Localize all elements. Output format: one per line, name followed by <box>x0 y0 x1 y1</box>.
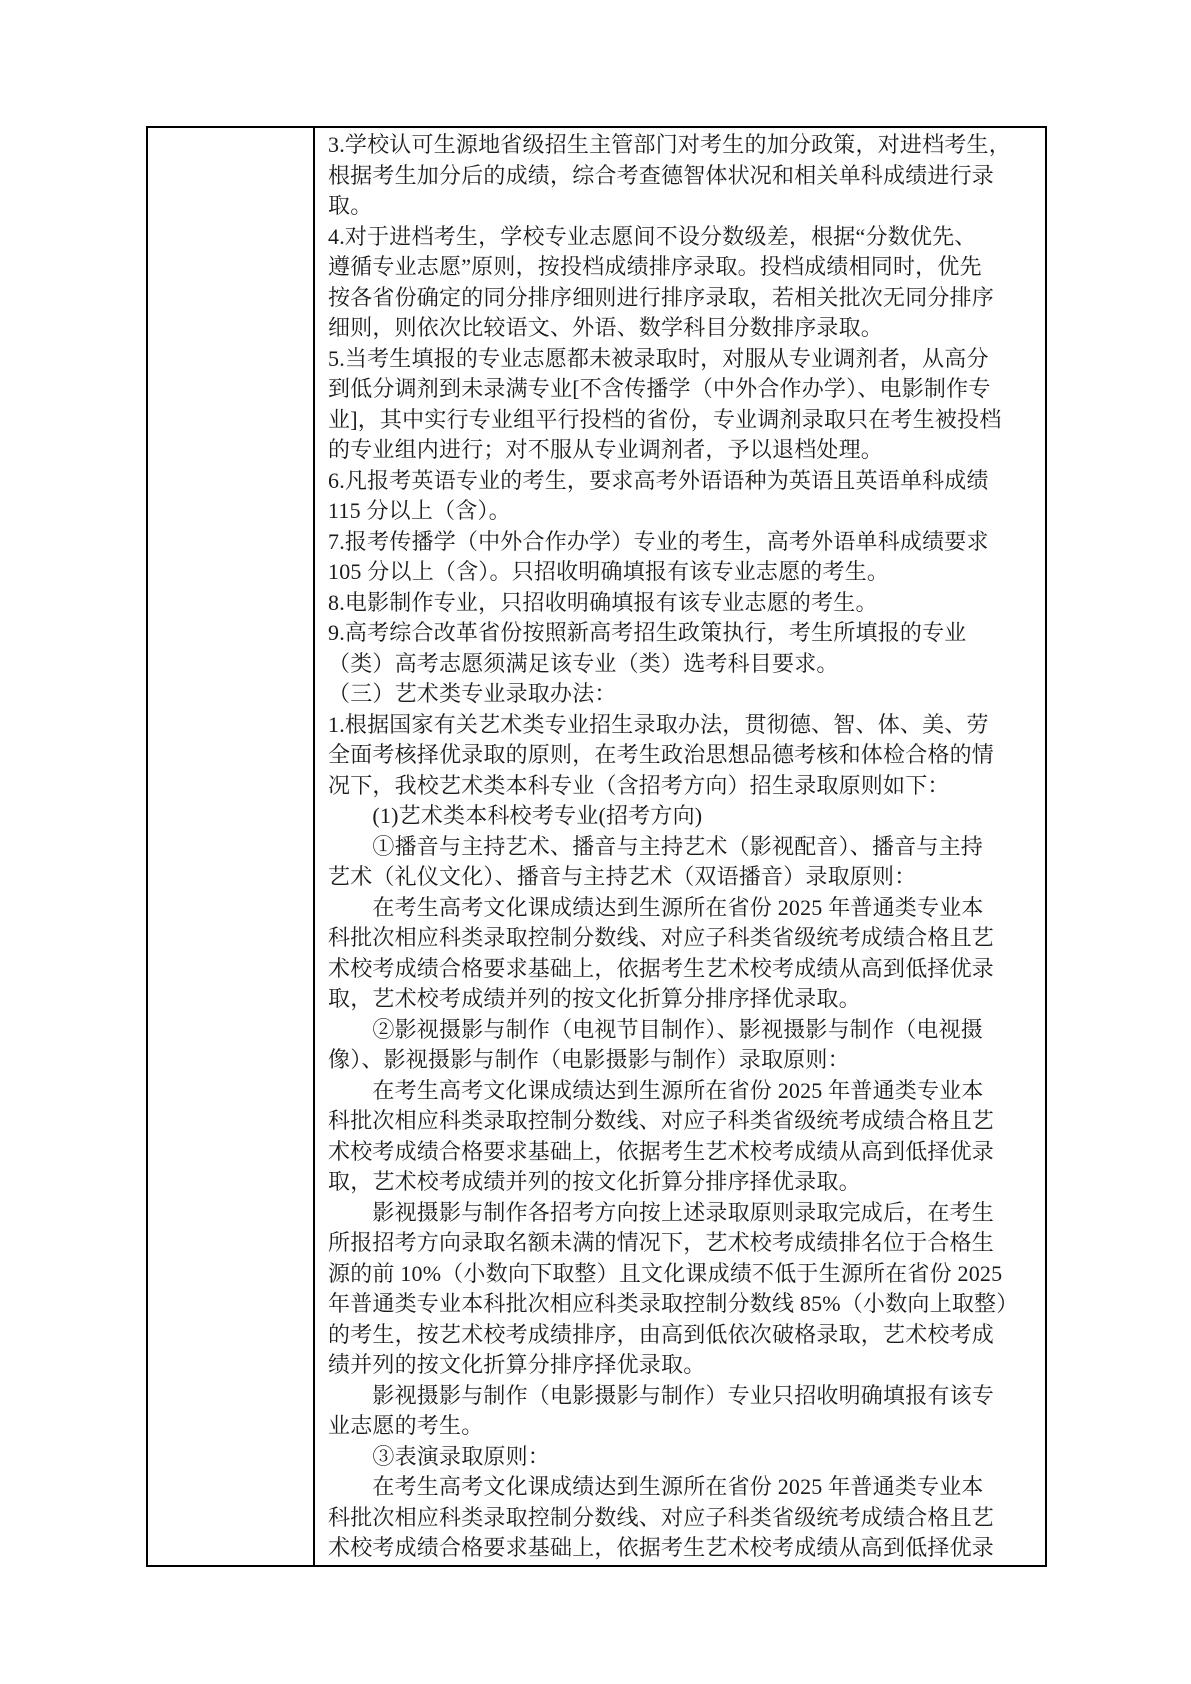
text-line: 在考生高考文化课成绩达到生源所在省份 2025 年普通类专业本 <box>328 893 1039 924</box>
text-line: 1.根据国家有关艺术类专业招生录取办法，贯彻德、智、体、美、劳 <box>328 710 1039 741</box>
text-line: 年普通类专业本科批次相应科类录取控制分数线 85%（小数向上取整） <box>328 1289 1039 1320</box>
text-line: （类）高考志愿须满足该专业（类）选考科目要求。 <box>328 649 1039 680</box>
text-line: 遵循专业志愿”原则，按投档成绩排序录取。投档成绩相同时，优先 <box>328 252 1039 283</box>
text-line: 在考生高考文化课成绩达到生源所在省份 2025 年普通类专业本 <box>328 1076 1039 1107</box>
text-line: 到低分调剂到未录满专业[不含传播学（中外合作办学）、电影制作专 <box>328 374 1039 405</box>
text-lines-container: 3.学校认可生源地省级招生主管部门对考生的加分政策，对进档考生，根据考生加分后的… <box>328 130 1039 1564</box>
text-line: 取。 <box>328 191 1039 222</box>
text-line: 6.凡报考英语专业的考生，要求高考外语语种为英语且英语单科成绩 <box>328 466 1039 497</box>
text-line: 科批次相应科类录取控制分数线、对应子科类省级统考成绩合格且艺 <box>328 923 1039 954</box>
text-line: 3.学校认可生源地省级招生主管部门对考生的加分政策，对进档考生， <box>328 130 1039 161</box>
text-line: 的专业组内进行；对不服从专业调剂者，予以退档处理。 <box>328 435 1039 466</box>
text-line: 全面考核择优录取的原则，在考生政治思想品德考核和体检合格的情 <box>328 740 1039 771</box>
text-line: 细则，则依次比较语文、外语、数学科目分数排序录取。 <box>328 313 1039 344</box>
text-line: ②影视摄影与制作（电视节目制作）、影视摄影与制作（电视摄 <box>328 1015 1039 1046</box>
text-line: 5.当考生填报的专业志愿都未被录取时，对服从专业调剂者，从高分 <box>328 344 1039 375</box>
text-line: 所报招考方向录取名额未满的情况下，艺术校考成绩排名位于合格生 <box>328 1228 1039 1259</box>
text-line: 影视摄影与制作（电影摄影与制作）专业只招收明确填报有该专 <box>328 1381 1039 1412</box>
text-line: （三）艺术类专业录取办法： <box>328 679 1039 710</box>
table-right-text-cell: 3.学校认可生源地省级招生主管部门对考生的加分政策，对进档考生，根据考生加分后的… <box>315 128 1045 1565</box>
text-line: 的考生，按艺术校考成绩排序，由高到低依次破格录取，艺术校考成 <box>328 1320 1039 1351</box>
text-line: 105 分以上（含）。只招收明确填报有该专业志愿的考生。 <box>328 557 1039 588</box>
text-line: 在考生高考文化课成绩达到生源所在省份 2025 年普通类专业本 <box>328 1472 1039 1503</box>
text-line: 况下，我校艺术类本科专业（含招考方向）招生录取原则如下： <box>328 771 1039 802</box>
text-line: 按各省份确定的同分排序细则进行排序录取，若相关批次无同分排序 <box>328 283 1039 314</box>
text-line: 科批次相应科类录取控制分数线、对应子科类省级统考成绩合格且艺 <box>328 1106 1039 1137</box>
text-line: 9.高考综合改革省份按照新高考招生政策执行，考生所填报的专业 <box>328 618 1039 649</box>
text-line: 绩并列的按文化折算分排序择优录取。 <box>328 1350 1039 1381</box>
text-line: 8.电影制作专业，只招收明确填报有该专业志愿的考生。 <box>328 588 1039 619</box>
document-page: 3.学校认可生源地省级招生主管部门对考生的加分政策，对进档考生，根据考生加分后的… <box>0 0 1191 1684</box>
text-line: 术校考成绩合格要求基础上，依据考生艺术校考成绩从高到低择优录 <box>328 1533 1039 1564</box>
text-line: 源的前 10%（小数向下取整）且文化课成绩不低于生源所在省份 2025 <box>328 1259 1039 1290</box>
text-line: 取，艺术校考成绩并列的按文化折算分排序择优录取。 <box>328 1167 1039 1198</box>
text-line: 根据考生加分后的成绩，综合考查德智体状况和相关单科成绩进行录 <box>328 161 1039 192</box>
text-line: 取，艺术校考成绩并列的按文化折算分排序择优录取。 <box>328 984 1039 1015</box>
text-line: 术校考成绩合格要求基础上，依据考生艺术校考成绩从高到低择优录 <box>328 1137 1039 1168</box>
text-line: 影视摄影与制作各招考方向按上述录取原则录取完成后，在考生 <box>328 1198 1039 1229</box>
text-line: 115 分以上（含）。 <box>328 496 1039 527</box>
text-line: 7.报考传播学（中外合作办学）专业的考生，高考外语单科成绩要求 <box>328 527 1039 558</box>
text-line: 科批次相应科类录取控制分数线、对应子科类省级统考成绩合格且艺 <box>328 1503 1039 1534</box>
text-line: (1)艺术类本科校考专业(招考方向) <box>328 801 1039 832</box>
text-line: 4.对于进档考生，学校专业志愿间不设分数级差，根据“分数优先、 <box>328 222 1039 253</box>
text-line: ③表演录取原则： <box>328 1442 1039 1473</box>
text-line: 艺术（礼仪文化）、播音与主持艺术（双语播音）录取原则： <box>328 862 1039 893</box>
table-left-label-cell <box>148 128 315 1565</box>
text-line: 业志愿的考生。 <box>328 1411 1039 1442</box>
text-line: 术校考成绩合格要求基础上，依据考生艺术校考成绩从高到低择优录 <box>328 954 1039 985</box>
text-line: 业]，其中实行专业组平行投档的省份，专业调剂录取只在考生被投档 <box>328 405 1039 436</box>
admission-rules-table: 3.学校认可生源地省级招生主管部门对考生的加分政策，对进档考生，根据考生加分后的… <box>146 126 1047 1567</box>
text-line: ①播音与主持艺术、播音与主持艺术（影视配音）、播音与主持 <box>328 832 1039 863</box>
text-line: 像）、影视摄影与制作（电影摄影与制作）录取原则： <box>328 1045 1039 1076</box>
